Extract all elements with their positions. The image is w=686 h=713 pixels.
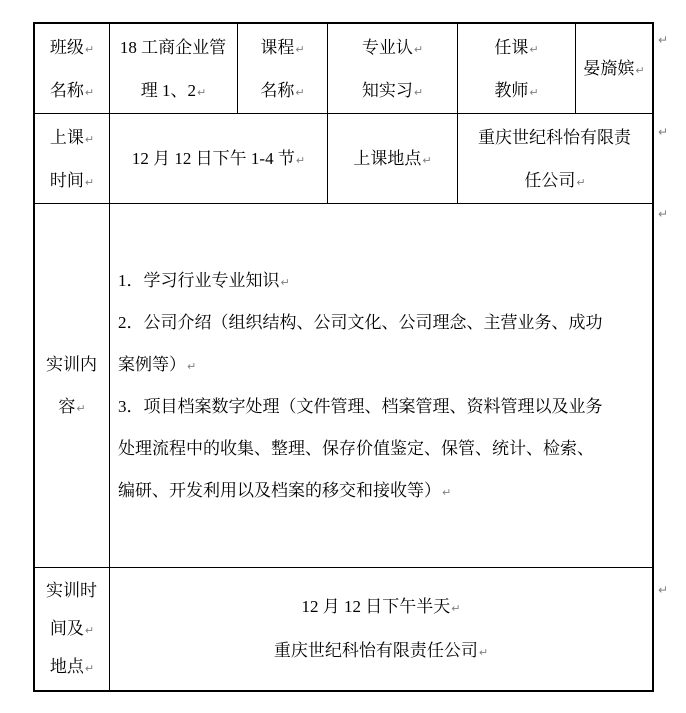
paragraph-mark-icon: ↵: [414, 86, 423, 99]
training-content-item: 处理流程中的收集、整理、保存价值鉴定、保管、统计、检索、: [118, 428, 595, 470]
class-time-row: 上课↵ 时间↵ 12 月 12 日下午 1-4 节↵ 上课地点↵ 重庆世纪科怡有…: [35, 114, 652, 204]
training-time-location-row: 实训时 间及↵ 地点↵ 12 月 12 日下午半天↵ 重庆世纪科怡有限责任公司↵: [35, 568, 652, 690]
training-time-location-value-cell: 12 月 12 日下午半天↵ 重庆世纪科怡有限责任公司↵: [110, 568, 652, 690]
paragraph-mark-icon: ↵: [85, 624, 94, 637]
teacher-label: 教师: [494, 81, 528, 100]
text-line: 名称↵: [50, 69, 94, 112]
paragraph-mark-icon: ↵: [295, 86, 304, 99]
paragraph-mark-icon: ↵: [576, 176, 585, 189]
paragraph-mark-icon: ↵: [414, 43, 423, 56]
row-end-mark-icon: ↵: [658, 34, 668, 46]
class-name-value-cell: 18 工商企业管 理 1、2↵: [110, 24, 238, 113]
class-time-label: 时间: [50, 171, 84, 190]
text-line: 时间↵: [50, 159, 94, 202]
paragraph-mark-icon: ↵: [296, 154, 305, 167]
text-line: 班级↵: [50, 26, 94, 69]
paragraph-mark-icon: ↵: [85, 43, 94, 56]
training-content-text: 3．项目档案数字处理（文件管理、档案管理、资料管理以及业务: [118, 397, 603, 416]
training-content-row: 实训内 容↵ 1．学习行业专业知识↵ 2．公司介绍（组织结构、公司文化、公司理念…: [35, 204, 652, 568]
text-line: 任课↵: [494, 26, 538, 69]
training-time-location-label: 地点: [50, 657, 84, 676]
text-line: 重庆世纪科怡有限责任公司↵: [274, 629, 488, 673]
teacher-label: 任课: [494, 38, 528, 57]
training-time-location-label: 间及: [50, 619, 84, 638]
paragraph-mark-icon: ↵: [85, 662, 94, 675]
paragraph-mark-icon: ↵: [85, 176, 94, 189]
header-row: 班级↵ 名称↵ 18 工商企业管 理 1、2↵ 课程↵ 名称↵ 专业认↵ 知实习…: [35, 24, 652, 114]
row-end-mark-icon: ↵: [658, 208, 668, 220]
training-content-text: 案例等）: [118, 355, 186, 374]
training-content-item: 2．公司介绍（组织结构、公司文化、公司理念、主营业务、成功: [118, 302, 604, 344]
class-name-label: 班级: [50, 38, 84, 57]
text-line: 晏旖嫔↵: [583, 47, 644, 90]
row-end-mark-icon: ↵: [658, 584, 668, 596]
training-content-text: 编研、开发利用以及档案的移交和接收等）: [118, 481, 441, 500]
course-name-label-cell: 课程↵ 名称↵: [238, 24, 328, 113]
text-line: 地点↵: [50, 648, 94, 686]
training-content-item: 案例等）↵: [118, 344, 196, 386]
course-name-value-cell: 专业认↵ 知实习↵: [328, 24, 458, 113]
teacher-label-cell: 任课↵ 教师↵: [458, 24, 576, 113]
class-location-value-cell: 重庆世纪科怡有限责 任公司↵: [458, 114, 652, 203]
training-time-location-label-cell: 实训时 间及↵ 地点↵: [35, 568, 110, 690]
paragraph-mark-icon: ↵: [479, 646, 488, 659]
course-name-value: 知实习: [362, 81, 413, 100]
class-location-label: 上课地点: [353, 149, 421, 168]
text-line: 实训内: [46, 344, 98, 386]
text-line: 理 1、2↵: [141, 69, 206, 112]
class-time-label: 上课: [50, 128, 84, 147]
text-line: 重庆世纪科怡有限责: [478, 116, 632, 159]
paragraph-mark-icon: ↵: [85, 133, 94, 146]
training-content-item: 3．项目档案数字处理（文件管理、档案管理、资料管理以及业务: [118, 386, 604, 428]
document-page: { "colors": { "background": "#ffffff", "…: [0, 0, 686, 713]
class-location-value: 任公司: [524, 171, 575, 190]
class-name-label-cell: 班级↵ 名称↵: [35, 24, 110, 113]
text-line: 12 月 12 日下午 1-4 节↵: [132, 137, 305, 180]
course-name-value: 专业认: [362, 38, 413, 57]
paragraph-mark-icon: ↵: [422, 154, 431, 167]
paragraph-mark-icon: ↵: [76, 402, 85, 415]
paragraph-mark-icon: ↵: [442, 486, 451, 499]
text-line: 知实习↵: [362, 69, 423, 112]
paragraph-mark-icon: ↵: [187, 360, 196, 373]
paragraph-mark-icon: ↵: [635, 64, 644, 77]
class-name-value: 理 1、2: [141, 81, 196, 100]
paragraph-mark-icon: ↵: [529, 86, 538, 99]
text-line: 专业认↵: [362, 26, 423, 69]
paragraph-mark-icon: ↵: [197, 86, 206, 99]
text-line: 任公司↵: [524, 159, 585, 202]
paragraph-mark-icon: ↵: [451, 602, 460, 615]
training-content-item: 编研、开发利用以及档案的移交和接收等）↵: [118, 470, 451, 512]
training-content-text: 1．学习行业专业知识: [118, 271, 280, 290]
class-location-label-cell: 上课地点↵: [328, 114, 458, 203]
training-location-value: 重庆世纪科怡有限责任公司: [274, 641, 478, 660]
text-line: 18 工商企业管: [120, 26, 227, 69]
training-content-item: 1．学习行业专业知识↵: [118, 260, 290, 302]
training-content-text: 2．公司介绍（组织结构、公司文化、公司理念、主营业务、成功: [118, 313, 603, 332]
paragraph-mark-icon: ↵: [85, 86, 94, 99]
training-time-value: 12 月 12 日下午半天: [302, 597, 451, 616]
training-time-location-label: 实训时: [46, 581, 97, 600]
teacher-name: 晏旖嫔: [583, 59, 634, 78]
paragraph-mark-icon: ↵: [281, 276, 290, 289]
text-line: 12 月 12 日下午半天↵: [302, 585, 461, 629]
class-time-value: 12 月 12 日下午 1-4 节: [132, 149, 295, 168]
teacher-name-cell: 晏旖嫔↵: [576, 24, 652, 113]
paragraph-mark-icon: ↵: [529, 43, 538, 56]
class-location-value: 重庆世纪科怡有限责: [478, 128, 631, 147]
row-end-mark-icon: ↵: [658, 126, 668, 138]
paragraph-mark-icon: ↵: [295, 43, 304, 56]
text-line: 课程↵: [260, 26, 304, 69]
training-content-label: 容: [58, 397, 75, 416]
class-name-label: 名称: [50, 81, 84, 100]
training-schedule-table: 班级↵ 名称↵ 18 工商企业管 理 1、2↵ 课程↵ 名称↵ 专业认↵ 知实习…: [33, 22, 654, 692]
class-time-label-cell: 上课↵ 时间↵: [35, 114, 110, 203]
text-line: 教师↵: [494, 69, 538, 112]
course-name-label: 名称: [260, 81, 294, 100]
text-line: 实训时: [46, 572, 98, 610]
text-line: 容↵: [58, 386, 85, 428]
text-line: 上课↵: [50, 116, 94, 159]
training-content-text: 处理流程中的收集、整理、保存价值鉴定、保管、统计、检索、: [118, 439, 594, 458]
text-line: 上课地点↵: [353, 137, 431, 180]
text-line: 名称↵: [260, 69, 304, 112]
course-name-label: 课程: [260, 38, 294, 57]
class-time-value-cell: 12 月 12 日下午 1-4 节↵: [110, 114, 328, 203]
training-content-label: 实训内: [46, 355, 97, 374]
class-name-value: 18 工商企业管: [120, 38, 226, 57]
training-content-label-cell: 实训内 容↵: [35, 204, 110, 567]
text-line: 间及↵: [50, 610, 94, 648]
training-content-value-cell: 1．学习行业专业知识↵ 2．公司介绍（组织结构、公司文化、公司理念、主营业务、成…: [110, 204, 652, 567]
